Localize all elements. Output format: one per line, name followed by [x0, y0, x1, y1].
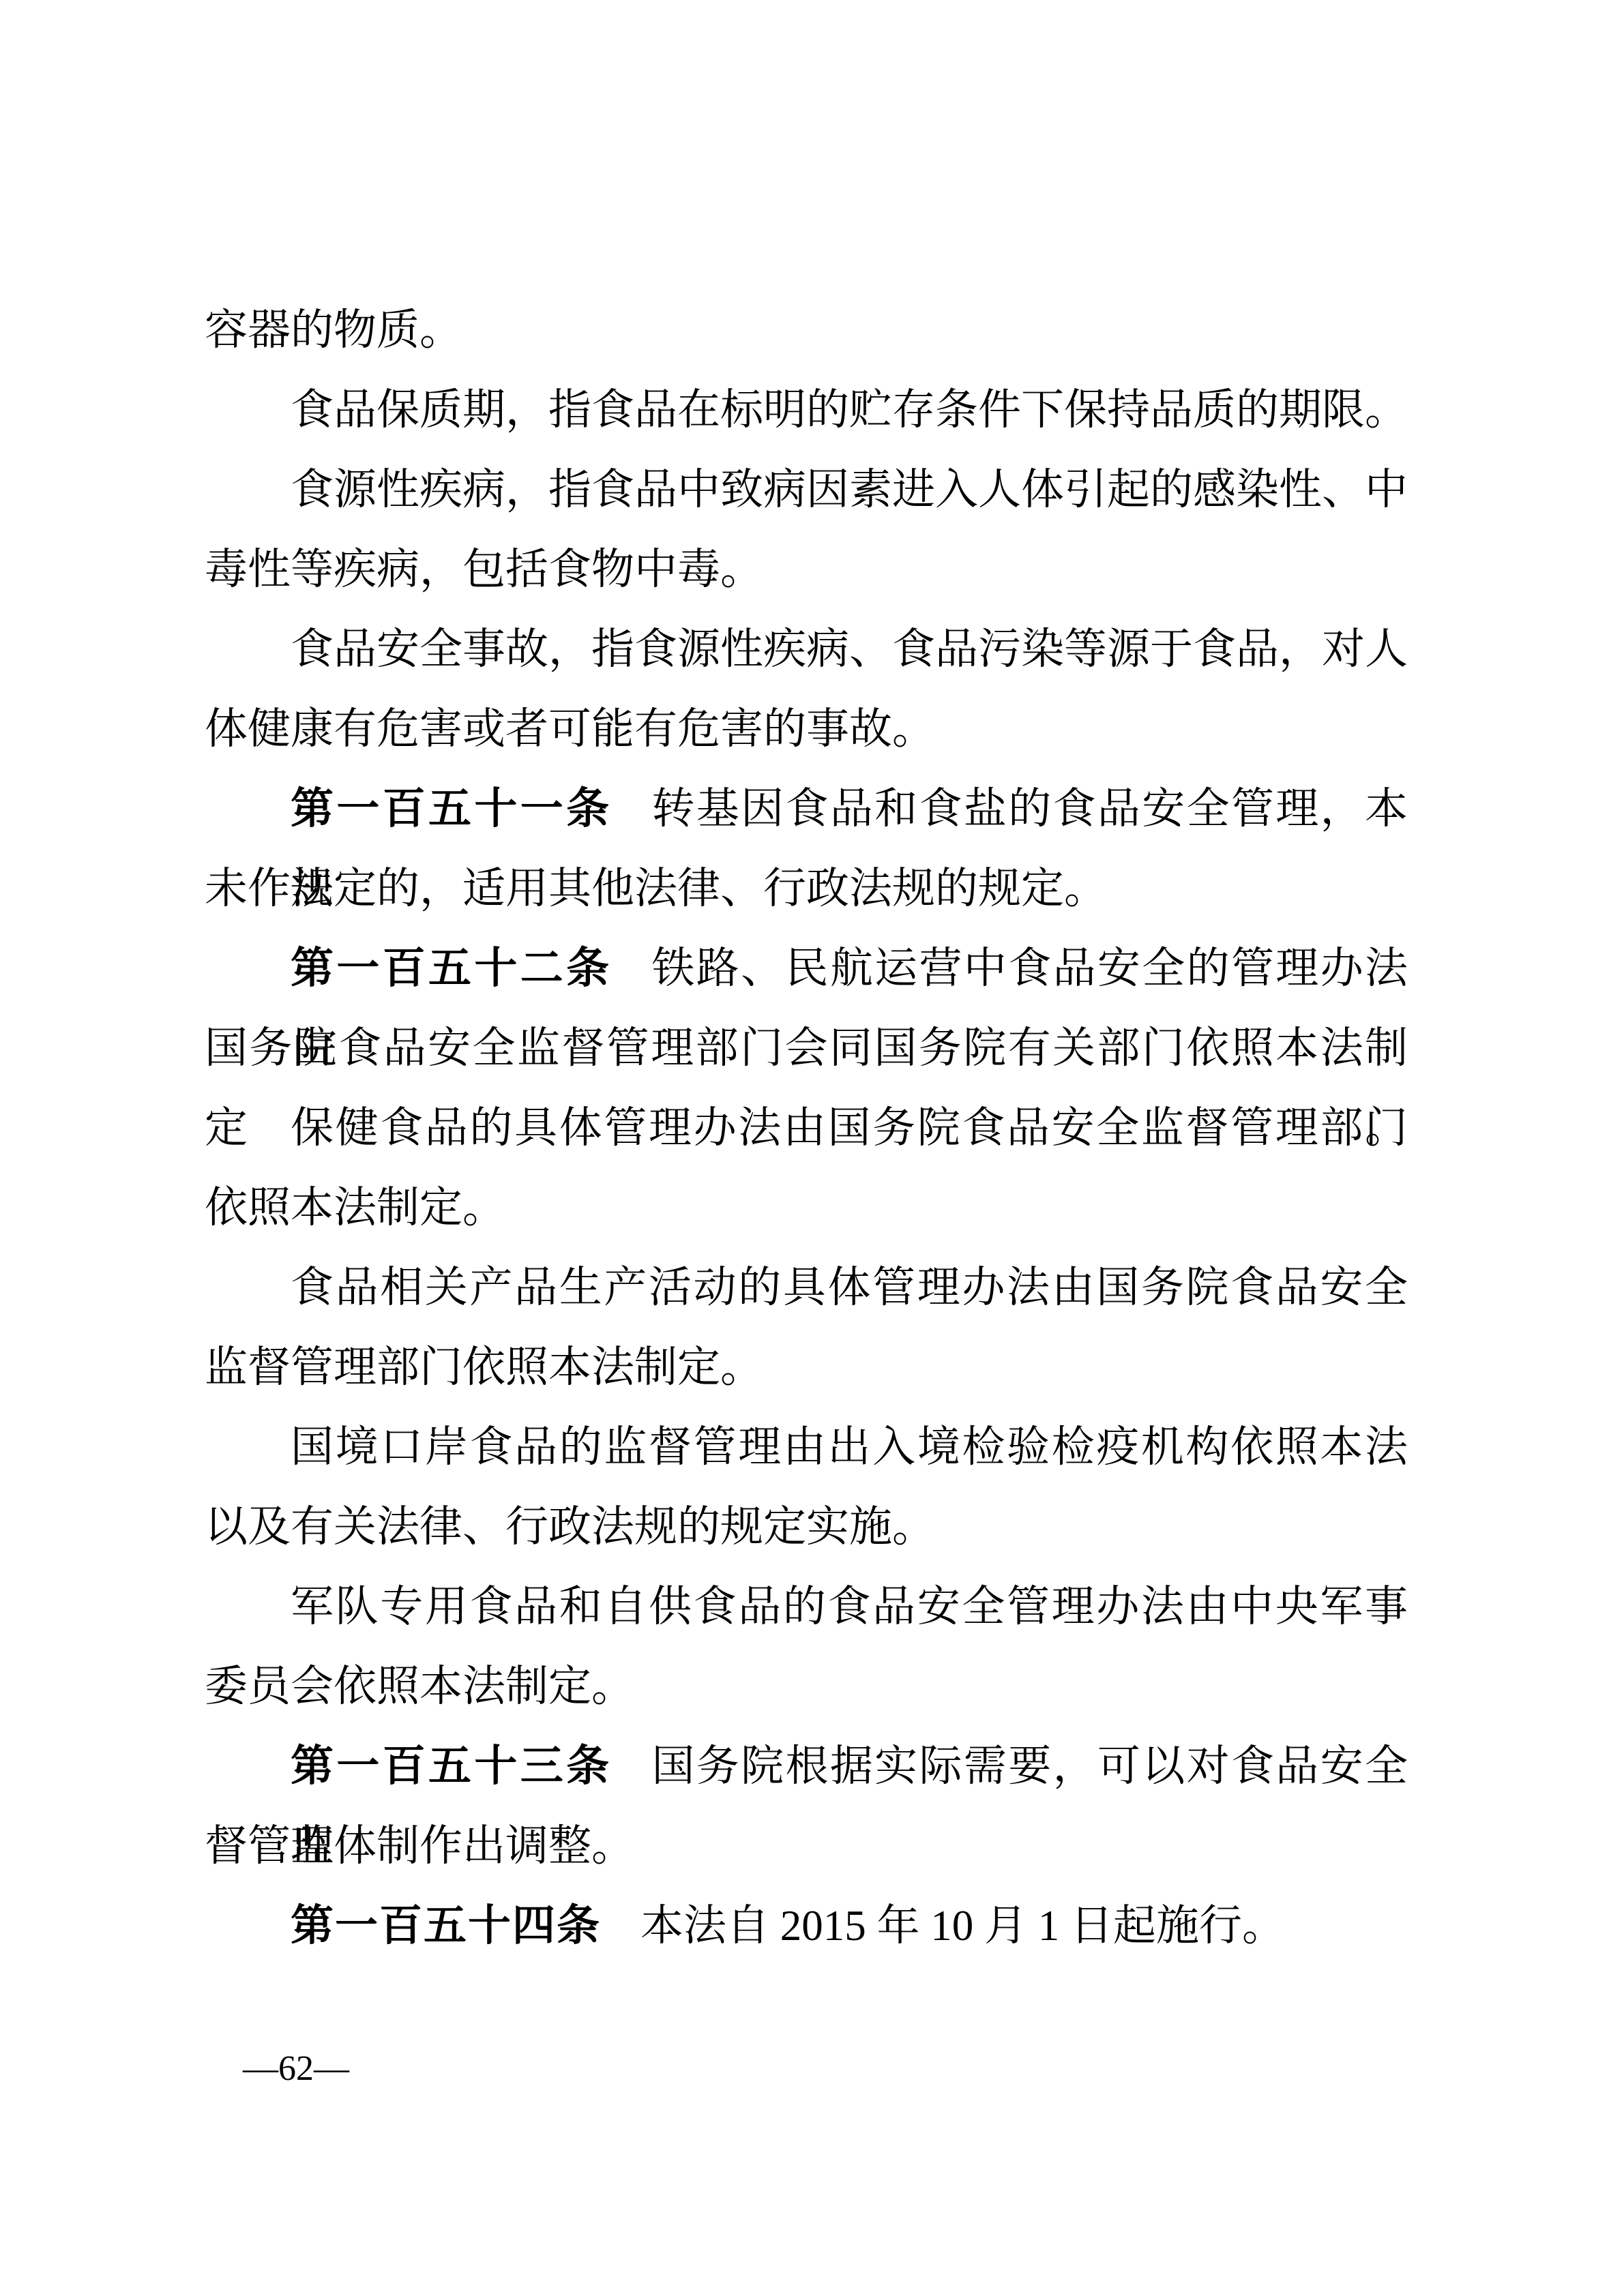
line-text: 食品相关产品生产活动的具体管理办法由国务院食品安全	[291, 1264, 1408, 1311]
text-line: 督管理体制作出调整。	[205, 1806, 1408, 1886]
text-line: 食品保质期，指食品在标明的贮存条件下保持品质的期限。	[205, 370, 1408, 450]
text-line: 食品安全事故，指食源性疾病、食品污染等源于食品，对人	[205, 610, 1408, 689]
page-number: —62—	[243, 2048, 349, 2090]
body-text: 容器的物质。食品保质期，指食品在标明的贮存条件下保持品质的期限。食源性疾病，指食…	[205, 290, 1408, 1966]
text-line: 国务院食品安全监督管理部门会同国务院有关部门依照本法制定。	[205, 1009, 1408, 1088]
text-line: 未作规定的，适用其他法律、行政法规的规定。	[205, 849, 1408, 929]
line-text: 体健康有危害或者可能有危害的事故。	[205, 705, 935, 753]
document-page: 容器的物质。食品保质期，指食品在标明的贮存条件下保持品质的期限。食源性疾病，指食…	[0, 0, 1624, 2296]
line-text: 未作规定的，适用其他法律、行政法规的规定。	[205, 865, 1107, 912]
line-text: 依照本法制定。	[205, 1184, 505, 1232]
text-line: 监督管理部门依照本法制定。	[205, 1328, 1408, 1407]
text-line: 第一百五十三条国务院根据实际需要，可以对食品安全监	[205, 1727, 1408, 1806]
line-text: 食品安全事故，指食源性疾病、食品污染等源于食品，对人	[291, 625, 1408, 673]
article-number: 第一百五十一条	[291, 785, 612, 833]
text-line: 毒性等疾病，包括食物中毒。	[205, 530, 1408, 610]
article-number: 第一百五十三条	[291, 1742, 612, 1790]
text-line: 军队专用食品和自供食品的食品安全管理办法由中央军事	[205, 1567, 1408, 1647]
line-text: 国境口岸食品的监督管理由出入境检验检疫机构依照本法	[291, 1423, 1408, 1471]
text-line: 第一百五十四条本法自 2015 年 10 月 1 日起施行。	[205, 1886, 1408, 1966]
line-text: 督管理体制作出调整。	[205, 1822, 634, 1870]
text-line: 第一百五十二条铁路、民航运营中食品安全的管理办法由	[205, 929, 1408, 1009]
line-text: 军队专用食品和自供食品的食品安全管理办法由中央军事	[291, 1583, 1408, 1630]
text-line: 以及有关法律、行政法规的规定实施。	[205, 1487, 1408, 1567]
text-line: 保健食品的具体管理办法由国务院食品安全监督管理部门	[205, 1088, 1408, 1168]
text-line: 食品相关产品生产活动的具体管理办法由国务院食品安全	[205, 1248, 1408, 1328]
text-line: 国境口岸食品的监督管理由出入境检验检疫机构依照本法	[205, 1407, 1408, 1487]
line-text: 本法自 2015 年 10 月 1 日起施行。	[640, 1902, 1285, 1950]
text-line: 体健康有危害或者可能有危害的事故。	[205, 689, 1408, 769]
text-line: 委员会依照本法制定。	[205, 1647, 1408, 1727]
line-text: 食品保质期，指食品在标明的贮存条件下保持品质的期限。	[291, 386, 1408, 434]
text-line: 食源性疾病，指食品中致病因素进入人体引起的感染性、中	[205, 450, 1408, 530]
text-line: 容器的物质。	[205, 290, 1408, 370]
article-number: 第一百五十四条	[291, 1902, 601, 1950]
line-text: 食源性疾病，指食品中致病因素进入人体引起的感染性、中	[291, 466, 1408, 513]
article-number: 第一百五十二条	[291, 944, 612, 992]
line-text: 监督管理部门依照本法制定。	[205, 1343, 763, 1391]
text-line: 依照本法制定。	[205, 1168, 1408, 1248]
line-text: 毒性等疾病，包括食物中毒。	[205, 546, 763, 593]
line-text: 保健食品的具体管理办法由国务院食品安全监督管理部门	[291, 1104, 1408, 1152]
text-line: 第一百五十一条转基因食品和食盐的食品安全管理，本法	[205, 769, 1408, 849]
line-text: 容器的物质。	[205, 306, 462, 354]
line-text: 委员会依照本法制定。	[205, 1663, 634, 1710]
line-text: 以及有关法律、行政法规的规定实施。	[205, 1503, 935, 1551]
